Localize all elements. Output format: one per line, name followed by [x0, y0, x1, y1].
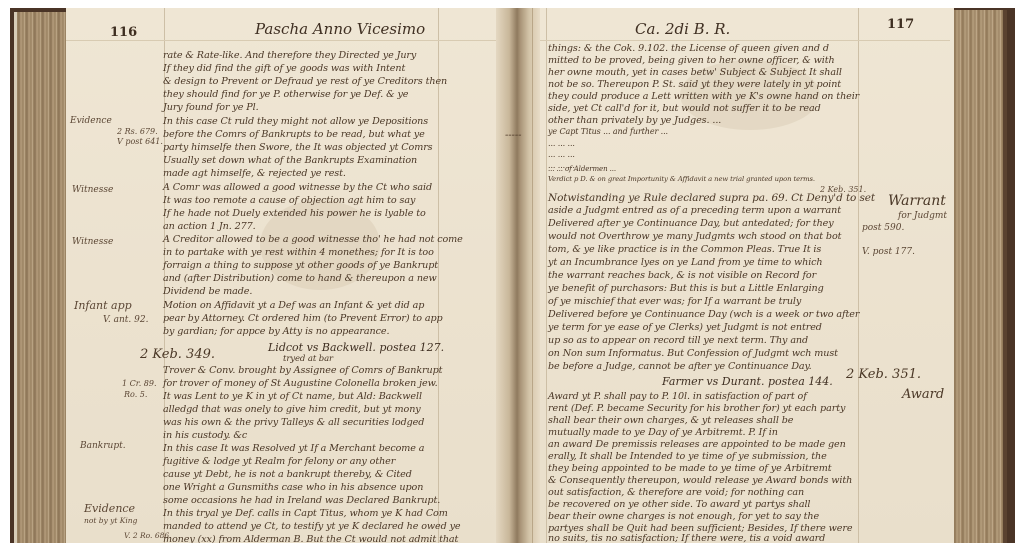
text-line: by gardian; for appce by Atty is no appe… [163, 327, 389, 337]
right-header-rule [540, 40, 950, 41]
text-line: ... ... ... [548, 140, 575, 148]
text-line: Verdict p D. & on great Importunity & Af… [548, 176, 815, 183]
text-line: Motion on Affidavit yt a Def was an Infa… [163, 301, 424, 311]
text-line: they could produce a Lett written with y… [548, 92, 859, 102]
left-folio-number: 116 [110, 26, 137, 39]
right-page-edges [953, 10, 1007, 543]
text-line: the warrant reaches back, & is not visib… [548, 271, 816, 281]
text-line: rate & Rate-like. And therefore they Dir… [163, 51, 416, 61]
margin-note: V. ant. 92. [103, 316, 148, 325]
text-line: ye term for ye ease of ye Clerks) yet Ju… [548, 323, 822, 333]
text-line: forraign a thing to suppose yt other goo… [163, 261, 438, 271]
text-line: In this tryal ye Def. calls in Capt Titu… [163, 509, 448, 519]
text-line: on Non sum Informatus. But Confession of… [548, 349, 838, 359]
text-line: In this case Ct ruld they might not allo… [163, 117, 428, 127]
text-line: tom, & ye like practice is in the Common… [548, 245, 821, 255]
text-line: not be so. Thereupon P. St. said yt they… [548, 80, 841, 90]
book-gutter [496, 8, 540, 543]
text-line: erally, It shall be Intended to ye time … [548, 452, 827, 462]
text-line: Usually set down what of the Bankrupts E… [163, 156, 417, 166]
text-line: ... ... ... [548, 151, 575, 159]
text-line: ye Capt Titus ... and further ... [548, 128, 668, 136]
text-line: in his custody. &c [163, 431, 247, 441]
text-line: If they did find the gift of ye goods wa… [163, 64, 405, 74]
margin-note: for Judgmt [898, 212, 947, 221]
text-line: no suits, tis no satisfaction; If there … [548, 534, 825, 543]
text-line: bear their owne charges is not enough, f… [548, 512, 819, 522]
margin-note: Infant app [74, 300, 132, 311]
text-line: an award De premissis releases are appoi… [548, 440, 846, 450]
text-line: would not Overthrow ye many Judgmts wch … [548, 232, 841, 242]
text-line: rent (Def. P. became Security for his br… [548, 404, 845, 414]
text-line: In this case It was Resolved yt If a Mer… [163, 444, 424, 454]
right-folio-number: 117 [887, 18, 914, 31]
right-inner-rule [546, 8, 547, 543]
margin-note: V. post 177. [862, 248, 915, 257]
right-running-head: Ca. 2di B. R. [635, 22, 730, 37]
left-text-rule [438, 8, 439, 543]
text-line: & design to Prevent or Defraud ye rest o… [163, 77, 447, 87]
text-line: mutually made to ye Day of ye Arbitremt.… [548, 428, 778, 438]
text-line: Delivered before ye Continuance Day (wch… [548, 310, 859, 320]
margin-heading-warrant: Warrant [888, 194, 946, 208]
margin-note: Witnesse [72, 238, 113, 247]
text-line: up so as to appear on record till ye nex… [548, 336, 808, 346]
text-line: alledgd that was onely to give him credi… [163, 405, 421, 415]
text-line: was his own & the privy Talleys & all se… [163, 418, 424, 428]
text-line: made agt himselfe, & rejected ye rest. [163, 169, 346, 179]
text-line: cause yt Debt, he is not a bankrupt ther… [163, 470, 412, 480]
case-heading: Lidcot vs Backwell. postea 127. [268, 342, 444, 353]
margin-note: Bankrupt. [80, 442, 126, 451]
text-line: things: & the Cok. 9.102. the License of… [548, 44, 829, 54]
text-line: manded to attend ye Ct, to testify yt ye… [163, 522, 460, 532]
margin-note: 2 Rs. 679. [117, 128, 158, 136]
text-line: mitted to be proved, being given to her … [548, 56, 835, 66]
text-line: It was too remote a cause of objection a… [163, 196, 415, 206]
gutter-fold-line [532, 8, 533, 543]
text-line: ... ... of Aldermen ... [548, 166, 616, 173]
text-line: for trover of money of St Augustine Colo… [163, 379, 438, 389]
text-line: Delivered after ye Continuance Day, but … [548, 219, 834, 229]
text-line: be recovered on ye other side. To award … [548, 500, 810, 510]
text-line: they being appointed to be made to ye ti… [548, 464, 832, 474]
margin-reference: 2 Keb. 351. [846, 368, 921, 381]
case-subheading: tryed at bar [283, 355, 333, 364]
text-line: one Wright a Gunsmiths case who in his a… [163, 483, 423, 493]
margin-note: V post 641. [117, 138, 163, 146]
text-line: and (after Distribution) come to hand & … [163, 274, 437, 284]
text-line: Jury found for ye Pl. [163, 103, 259, 113]
margin-note: Ro. 5. [124, 391, 147, 399]
text-line: A Comr was allowed a good witnesse by th… [163, 183, 432, 193]
margin-note: Witnesse [72, 186, 113, 195]
text-line: some occasions he had in Ireland was Dec… [163, 496, 440, 506]
margin-heading-award: Award [902, 388, 944, 401]
text-line: pear by Attorney. Ct ordered him (to Pre… [163, 314, 443, 324]
text-line: her owne mouth, yet in cases betw' Subje… [548, 68, 842, 78]
text-line: out satisfaction, & therefore are void; … [548, 488, 804, 498]
case-heading: Farmer vs Durant. postea 144. [662, 376, 833, 387]
text-line: an action 1 Jn. 277. [163, 222, 256, 232]
text-line: & Consequently thereupon, would release … [548, 476, 852, 486]
text-line: of ye mischief that ever was; for If a w… [548, 297, 801, 307]
text-line: It was Lent to ye K in yt of Ct name, bu… [163, 392, 422, 402]
left-header-rule [66, 40, 496, 41]
text-line: shall bear their own charges, & yt relea… [548, 416, 793, 426]
margin-note: 2 Keb. 351. [820, 186, 866, 194]
margin-note: Evidence [84, 503, 135, 514]
margin-note: 1 Cr. 89. [122, 380, 157, 388]
text-line: If he hade not Duely extended his power … [163, 209, 426, 219]
text-line: yt an Incumbrance lyes on ye Land from y… [548, 258, 823, 268]
gutter-annotation: ----- [505, 131, 521, 141]
text-line: ye benefit of purchasors: But this is bu… [548, 284, 824, 294]
text-line: Trover & Conv. brought by Assignee of Co… [163, 366, 442, 376]
right-margin-rule [858, 8, 859, 543]
text-line: party himselfe then Swore, the It was ob… [163, 143, 433, 153]
text-line: fugitive & lodge yt Realm for felony or … [163, 457, 395, 467]
margin-note: not by yt King [84, 517, 137, 525]
margin-note: post 590. [862, 224, 904, 233]
text-line: in to partake with ye rest within 4 mone… [163, 248, 434, 258]
text-line: Dividend be made. [163, 287, 252, 297]
text-line: A Creditor allowed to be a good witnesse… [163, 235, 463, 245]
left-page-edges [14, 12, 69, 543]
left-running-head: Pascha Anno Vicesimo [255, 22, 425, 37]
text-line: they should find for ye P. otherwise for… [163, 90, 408, 100]
text-line: before the Comrs of Bankrupts to be read… [163, 130, 425, 140]
text-line: Award yt P. shall pay to P. 10l. in sati… [548, 392, 807, 402]
text-line: aside a Judgmt entred as of a preceding … [548, 206, 841, 216]
text-line: Notwistanding ye Rule declared supra pa.… [548, 193, 875, 204]
text-line: other than privately by ye Judges. ... [548, 116, 721, 126]
margin-note: Evidence [70, 117, 112, 126]
margin-reference: 2 Keb. 349. [140, 348, 215, 361]
text-line: be before a Judge, cannot be after ye Co… [548, 362, 812, 372]
text-line: side, yet Ct call'd for it, but would no… [548, 104, 821, 114]
text-line: money (xx) from Alderman B. But the Ct w… [163, 535, 458, 543]
